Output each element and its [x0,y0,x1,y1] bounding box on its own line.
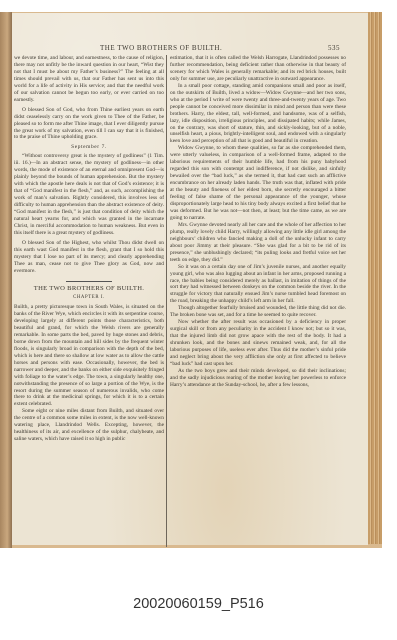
meditation-paragraph: “Without controversy great is the myster… [14,153,164,236]
prayer-paragraph: O blessed Son of God, who from Thine ear… [14,107,164,142]
date-heading: September 7. [14,144,164,151]
column-divider [166,55,167,547]
story-paragraph: Though altogether fearfully bruised and … [170,305,346,319]
left-column: we devote time, and labour, and earnestn… [14,55,164,443]
story-paragraph: Now whether the after result was occasio… [170,319,346,368]
right-column: estimation, that it is often called the … [170,55,346,389]
page-block-edge [368,12,382,544]
prayer-paragraph: O blessed Son of the Highest, who whilst… [14,240,164,275]
story-title: THE TWO BROTHERS OF BUILTH. [14,286,164,293]
story-paragraph: Widow Gwynne, to whom these qualities, s… [170,145,346,221]
page-number: 535 [328,44,340,52]
story-paragraph: As the two boys grew and their minds dev… [170,368,346,389]
opening-paragraph: we devote time, and labour, and earnestn… [14,55,164,104]
story-paragraph: In a small poor cottage, standing amid c… [170,83,346,146]
chapter-paragraph: Builth, a pretty picturesque town in Sou… [14,304,164,408]
story-paragraph: Mrs. Gwynne devoted nearly all her care … [170,222,346,264]
book-spine-edge [0,12,12,548]
chapter-heading: CHAPTER I. [14,295,164,302]
story-paragraph: So it was on a certain day one of Jim’s … [170,264,346,306]
image-caption: 20020060159_P516 [0,596,397,612]
chapter-paragraph: Some eight or nine miles distant from Bu… [14,408,164,443]
story-paragraph: estimation, that it is often called the … [170,55,346,83]
section-rule [66,281,112,282]
running-head-title: THE TWO BROTHERS OF BUILTH. [100,44,222,52]
